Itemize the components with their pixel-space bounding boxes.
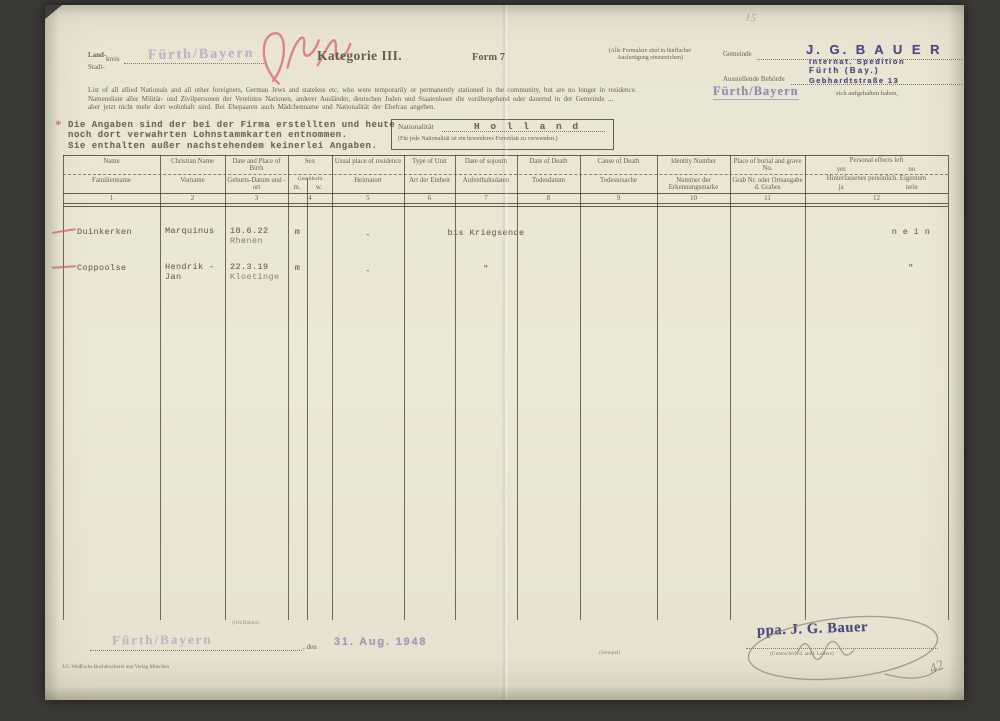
cell-residence: - xyxy=(332,266,404,276)
table-hline-mid xyxy=(63,193,948,194)
cell-effects: n e i n xyxy=(876,227,946,237)
intro-line-de1: Namensliste aller Militär- und Zivilpers… xyxy=(88,95,733,104)
col-header-de: Vorname xyxy=(161,177,224,184)
typed-note-line2: noch dort verwahrten Lohnstammkarten ent… xyxy=(68,130,395,140)
den-label: , den xyxy=(303,643,317,651)
table-vline xyxy=(288,155,289,620)
typed-note-line1: Die Angaben sind der bei der Firma erste… xyxy=(68,120,395,130)
table-hline-double1 xyxy=(63,203,948,204)
place-stamp-top: Fürth/Bayern xyxy=(148,46,255,64)
company-stamp-line3: Fürth (Bay.) xyxy=(809,66,880,75)
intro-line-en: List of all allied Nationals and all oth… xyxy=(88,86,733,95)
table-vline xyxy=(332,155,333,620)
cell-family-name: Duinkerken xyxy=(77,227,132,237)
company-stamp-name: J. G. B A U E R xyxy=(806,42,943,57)
continuation-text: sich aufgehalten haben, xyxy=(836,90,898,97)
nationality-label: Nationalität xyxy=(398,123,433,131)
col-header-yes: yes xyxy=(806,166,877,173)
table-hline-double2 xyxy=(63,206,948,207)
table-vline xyxy=(805,155,806,620)
col-header-en: Usual place of residence xyxy=(333,158,403,165)
table-vline xyxy=(580,155,581,620)
table-vline xyxy=(225,155,226,620)
gemeinde-label: Gemeinde xyxy=(723,50,752,58)
cell-vorname: Marquinus xyxy=(165,226,215,236)
pencil-top-mark: 15 xyxy=(744,11,756,24)
cell-vorname: Jan xyxy=(165,272,182,282)
col-header-de: Nummer der Erkennungsmarke xyxy=(658,177,729,192)
company-stamp-line2: Internat. Spedition xyxy=(809,57,905,66)
printer-line: J.G. Weiß'sche Buchdruckerei und Verlag … xyxy=(62,664,169,670)
cell-effects: " xyxy=(876,263,946,273)
col-header-en: Date and Place of Birth xyxy=(226,158,287,173)
col-header-w: w. xyxy=(308,184,330,191)
table-vline xyxy=(404,155,405,620)
col-header-en: Cause of Death xyxy=(581,158,656,165)
table-vline-sex-split xyxy=(307,178,308,620)
table-vline xyxy=(160,155,161,620)
col-header-de: Geburts-Datum und -ort xyxy=(226,177,287,192)
copies-note-line1: (Alle Formulare sind in fünffacher xyxy=(580,48,720,55)
col-header-en: Date of Death xyxy=(518,158,579,165)
date-stamp: 31. Aug. 1948 xyxy=(334,636,427,648)
table-vline xyxy=(948,155,949,620)
copies-note-line2: Ausfertigung einzureichen) xyxy=(580,55,720,62)
col-header-de: Aufenthaltsdaten xyxy=(456,177,516,184)
place-stamp-bottom: Fürth/Bayern xyxy=(112,632,213,649)
col-header-de: Art der Einheit xyxy=(405,177,454,184)
col-number: 8 xyxy=(518,195,579,202)
col-header-en: Date of sojourn xyxy=(456,158,516,165)
table-vline xyxy=(657,155,658,620)
cell-birth: Kloetinge xyxy=(230,272,280,282)
col-header-en: Type of Unit xyxy=(405,158,454,165)
table-vline xyxy=(63,155,64,620)
table-vline xyxy=(517,155,518,620)
kreis-dotted-line xyxy=(124,63,266,64)
cell-family-name: Coppoolse xyxy=(77,263,127,273)
col-header-de: Todesursache xyxy=(581,177,656,184)
col-header-de: Geschlecht xyxy=(289,176,331,183)
col-header-en: Personal effects left xyxy=(806,157,947,164)
place-date-dotted-line xyxy=(90,650,302,651)
cell-sojourn: " xyxy=(443,264,529,274)
company-stamp-line4: Gebhardtstraße 13 xyxy=(809,76,899,85)
cell-sex: m xyxy=(288,227,307,237)
nationality-note: (Für jede Nationalität ist ein besondere… xyxy=(398,136,557,142)
ort-datum-caption: (Ort/Datum) xyxy=(232,620,259,626)
corner-notch xyxy=(45,5,62,19)
col-header-de: Grab Nr. oder Ortsangabe d. Grabes xyxy=(731,177,804,192)
kategorie-title: Kategorie III. xyxy=(317,48,402,64)
col-number: 12 xyxy=(806,195,947,202)
col-header-nein: nein xyxy=(877,184,948,191)
col-header-de: Heimatort xyxy=(333,177,403,184)
cell-vorname: Hendrik - xyxy=(165,262,215,272)
col-header-en: Sex xyxy=(289,158,331,165)
col-number: 10 xyxy=(658,195,729,202)
col-number: 9 xyxy=(581,195,656,202)
col-number: 7 xyxy=(456,195,516,202)
table-hline-top xyxy=(63,155,948,156)
behoerde-label: Ausstellende Behörde xyxy=(723,75,785,83)
table-vline xyxy=(730,155,731,620)
kreis-label: kreis xyxy=(106,55,120,63)
col-number: 2 xyxy=(161,195,224,202)
col-header-en: Place of burial and grave No. xyxy=(731,158,804,173)
col-header-m: m. xyxy=(288,184,306,191)
stadt-label: Stadt- xyxy=(88,63,105,71)
intro-line-de2: aber jetzt nicht mehr dort wohnhaft sind… xyxy=(88,103,733,112)
col-header-de: Todesdatum xyxy=(518,177,579,184)
signature-scribble xyxy=(735,596,960,698)
col-number: 4 xyxy=(289,195,331,202)
col-header-en: Identity Number xyxy=(658,158,729,165)
col-header-en: Christian Name xyxy=(161,158,224,165)
form-label: Form 7 xyxy=(472,52,505,63)
red-asterisk: * xyxy=(55,117,62,133)
table-vline xyxy=(455,155,456,620)
col-header-en: Name xyxy=(64,158,159,165)
col-header-de: Familienname xyxy=(64,177,159,184)
col-number: 11 xyxy=(731,195,804,202)
col-header-de: Hinterlassenes persönlich. Eigentum xyxy=(806,175,947,182)
nationality-value: H o l l a n d xyxy=(474,121,581,132)
scanned-document: Land- kreis Stadt- Fürth/Bayern Kategori… xyxy=(0,0,1000,721)
cell-birth: 18.6.22 xyxy=(230,226,269,236)
typed-note-line3: Sie enthalten außer nachstehendem keiner… xyxy=(68,141,395,151)
col-header-ja: ja xyxy=(806,184,877,191)
cell-sojourn: bis Kriegsende xyxy=(443,228,529,238)
col-number: 5 xyxy=(333,195,403,202)
stempel-caption: (Stempel) xyxy=(599,650,620,656)
col-number: 6 xyxy=(405,195,454,202)
col-header-no: no xyxy=(877,166,948,173)
col-number: 1 xyxy=(64,195,159,202)
land-label: Land- xyxy=(88,51,106,59)
cell-sex: m xyxy=(288,263,307,273)
cell-residence: - xyxy=(332,230,404,240)
cell-birth: 22.3.19 xyxy=(230,262,269,272)
col-number: 3 xyxy=(226,195,287,202)
cell-birth: Rhenen xyxy=(230,236,263,246)
